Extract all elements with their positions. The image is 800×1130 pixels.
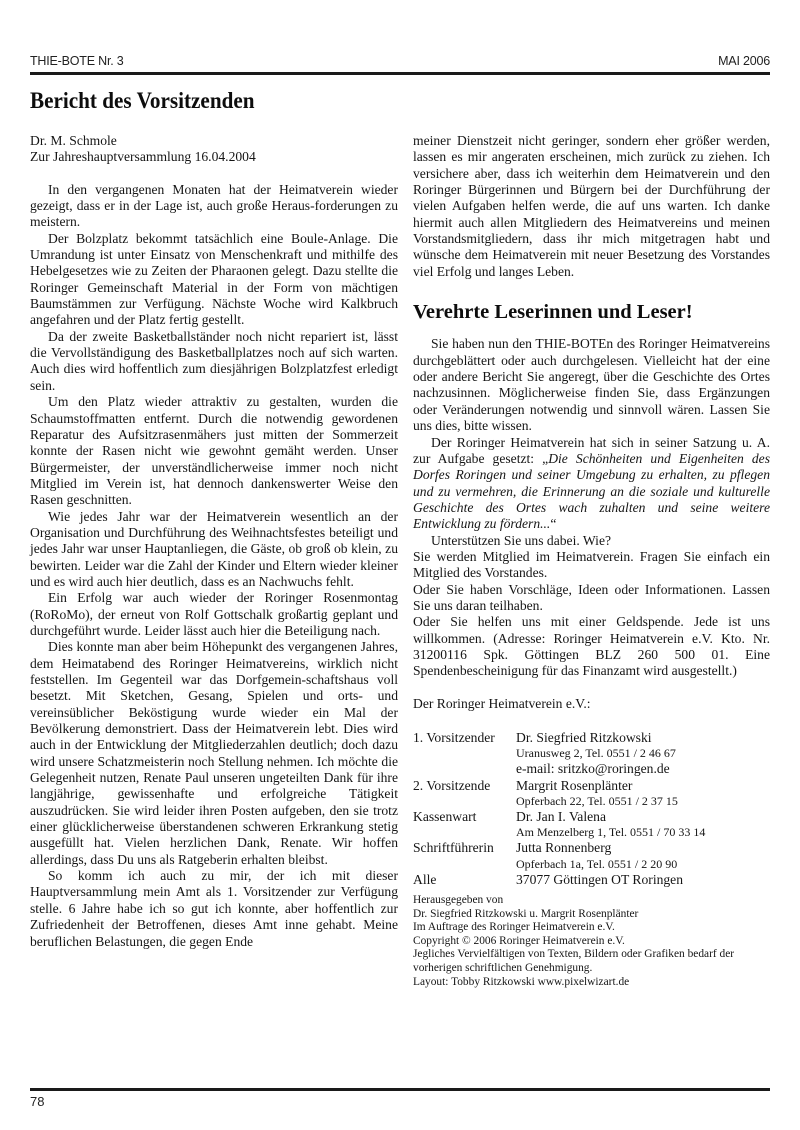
readers-paragraph: Oder Sie haben Vorschläge, Ideen oder In… (413, 582, 770, 615)
footer-rule (30, 1088, 770, 1091)
page-number: 78 (30, 1094, 44, 1109)
board-detail: Opferbach 22, Tel. 0551 / 2 37 15 (516, 794, 770, 809)
board-name: Dr. Siegfried Ritzkowski (516, 730, 770, 746)
board-detail-row: Opferbach 1a, Tel. 0551 / 2 20 90 (413, 857, 770, 872)
board-detail-row: Uranusweg 2, Tel. 0551 / 2 46 67 (413, 746, 770, 761)
board-row: Schriftführerin Jutta Ronnenberg (413, 840, 770, 856)
board-role-empty (413, 794, 516, 809)
board-detail: Uranusweg 2, Tel. 0551 / 2 46 67 (516, 746, 770, 761)
board-row: 1. Vorsitzender Dr. Siegfried Ritzkowski (413, 730, 770, 746)
board-role: 1. Vorsitzender (413, 730, 516, 746)
spacer (30, 166, 398, 182)
association-signature: Der Roringer Heimatverein e.V.: (413, 696, 770, 712)
board-name: Margrit Rosenplänter (516, 778, 770, 794)
article-author: Dr. M. Schmole (30, 133, 398, 149)
right-column: meiner Dienstzeit nicht geringer, sonder… (413, 133, 770, 989)
readers-paragraph: Oder Sie helfen uns mit einer Geldspende… (413, 614, 770, 679)
board-name: 37077 Göttingen OT Roringen (516, 872, 770, 888)
article-paragraph: So komm ich auch zu mir, der ich mit die… (30, 868, 398, 950)
readers-paragraph: Sie haben nun den THIE-BOTEn des Roringe… (413, 336, 770, 434)
board-role-empty (413, 761, 516, 777)
board-name: Dr. Jan I. Valena (516, 809, 770, 825)
statute-close: “ (550, 516, 556, 531)
board-role: Alle (413, 872, 516, 888)
board-detail: Am Menzelberg 1, Tel. 0551 / 70 33 14 (516, 825, 770, 840)
board-name: Jutta Ronnenberg (516, 840, 770, 856)
imprint-line: Dr. Siegfried Ritzkowski u. Margrit Rose… (413, 908, 770, 922)
board-role-empty (413, 857, 516, 872)
running-header: THIE-BOTE Nr. 3 MAI 2006 (30, 54, 770, 70)
article-title: Bericht des Vorsitzenden (30, 88, 255, 114)
board-row: Kassenwart Dr. Jan I. Valena (413, 809, 770, 825)
article-paragraph: Dies konnte man aber beim Höhepunkt des … (30, 639, 398, 868)
article-paragraph: Der Bolzplatz bekommt tatsächlich eine B… (30, 231, 398, 329)
imprint: Herausgegeben von Dr. Siegfried Ritzkows… (413, 894, 770, 989)
readers-paragraph-statute: Der Roringer Heimatverein hat sich in se… (413, 435, 770, 533)
article-paragraph: Ein Erfolg war auch wieder der Roringer … (30, 590, 398, 639)
spacer (413, 680, 770, 696)
board-detail-row: Opferbach 22, Tel. 0551 / 2 37 15 (413, 794, 770, 809)
readers-paragraph: Sie werden Mitglied im Heimatverein. Fra… (413, 549, 770, 582)
left-column: Dr. M. Schmole Zur Jahreshauptversammlun… (30, 133, 398, 950)
board-list: 1. Vorsitzender Dr. Siegfried Ritzkowski… (413, 730, 770, 888)
imprint-line: Copyright © 2006 Roringer Heimatverein e… (413, 935, 770, 949)
board-detail: Opferbach 1a, Tel. 0551 / 2 20 90 (516, 857, 770, 872)
board-detail-row: e-mail: sritzko@roringen.de (413, 761, 770, 777)
header-rule (30, 72, 770, 75)
article-continuation: meiner Dienstzeit nicht geringer, sonder… (413, 133, 770, 280)
board-role-empty (413, 746, 516, 761)
imprint-layout-link[interactable]: Layout: Tobby Ritzkowski www.pixelwizart… (413, 976, 770, 990)
board-role: Schriftführerin (413, 840, 516, 856)
article-paragraph: Um den Platz wieder attraktiv zu gestalt… (30, 394, 398, 508)
board-role: Kassenwart (413, 809, 516, 825)
imprint-line: Im Auftrage des Roringer Heimatverein e.… (413, 921, 770, 935)
imprint-line: Jegliches Vervielfältigen von Texten, Bi… (413, 948, 770, 975)
board-row: 2. Vorsitzende Margrit Rosenplänter (413, 778, 770, 794)
board-role: 2. Vorsitzende (413, 778, 516, 794)
board-detail-row: Am Menzelberg 1, Tel. 0551 / 70 33 14 (413, 825, 770, 840)
article-paragraph: Wie jedes Jahr war der Heimatverein wese… (30, 509, 398, 591)
board-row: Alle 37077 Göttingen OT Roringen (413, 872, 770, 888)
article-paragraph: In den vergangenen Monaten hat der Heima… (30, 182, 398, 231)
imprint-line: Herausgegeben von (413, 894, 770, 908)
article-occasion: Zur Jahreshauptversammlung 16.04.2004 (30, 149, 398, 165)
article-paragraph: Da der zweite Basketballständer noch nic… (30, 329, 398, 394)
readers-section-title: Verehrte Leserinnen und Leser! (413, 304, 770, 320)
board-role-empty (413, 825, 516, 840)
readers-paragraph: Unterstützen Sie uns dabei. Wie? (413, 533, 770, 549)
publication-name: THIE-BOTE Nr. 3 (30, 54, 124, 68)
board-email-link[interactable]: e-mail: sritzko@roringen.de (516, 761, 770, 777)
issue-date: MAI 2006 (718, 54, 770, 68)
